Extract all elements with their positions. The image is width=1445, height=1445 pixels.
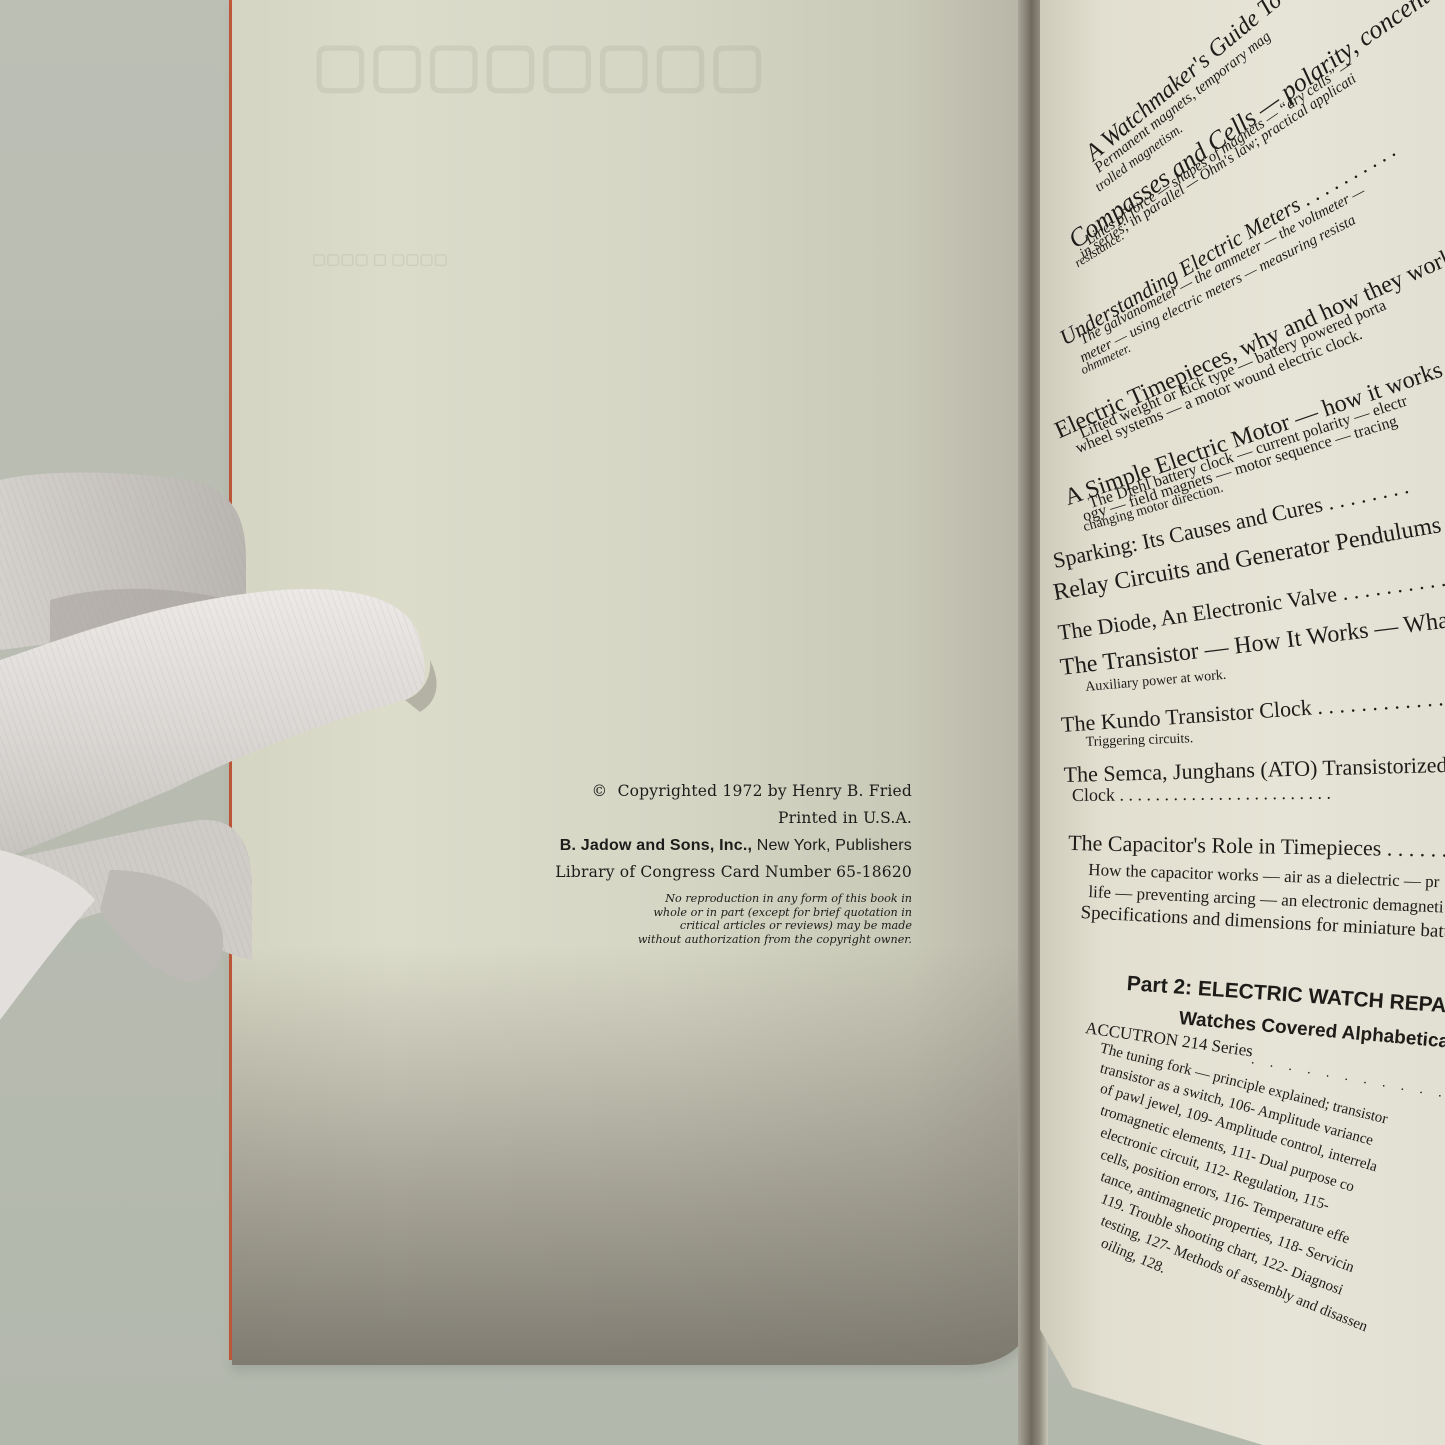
- show-through-text: ▢▢▢▢ ▢ ▢▢▢▢: [312, 250, 448, 268]
- notice-line: critical articles or reviews) may be mad…: [480, 919, 912, 933]
- notice-line: No reproduction in any form of this book…: [480, 892, 912, 906]
- library-of-congress-line: Library of Congress Card Number 65-18620: [480, 859, 912, 886]
- page-shadow: [232, 945, 1027, 1365]
- copyright-block: © Copyrighted 1972 by Henry B. Fried Pri…: [480, 778, 912, 946]
- notice-line: whole or in part (except for brief quota…: [480, 906, 912, 920]
- publisher-line: B. Jadow and Sons, Inc., New York, Publi…: [480, 832, 912, 859]
- toc-entry-title: The Capacitor's Role in Timepieces . . .…: [1068, 830, 1445, 863]
- copyright-line: © Copyrighted 1972 by Henry B. Fried: [480, 778, 912, 805]
- reproduction-notice: No reproduction in any form of this book…: [480, 892, 912, 946]
- copyright-symbol: ©: [592, 782, 608, 800]
- toc-entry-desc: Triggering circuits.: [1085, 731, 1193, 751]
- printed-in-line: Printed in U.S.A.: [480, 805, 912, 832]
- part2-heading: Part 2: ELECTRIC WATCH REPA: [1126, 972, 1445, 1018]
- toc-entry-title: Clock . . . . . . . . . . . . . . . . . …: [1072, 783, 1331, 806]
- notice-line: without authorization from the copyright…: [480, 933, 912, 947]
- publisher-location: New York, Publishers: [752, 837, 912, 854]
- publisher-name: B. Jadow and Sons, Inc.,: [560, 837, 752, 854]
- left-page: ▢▢▢▢▢▢▢▢ ▢▢▢▢ ▢ ▢▢▢▢: [232, 0, 1027, 1365]
- right-page-table-of-contents: A Watchmaker's Guide To Elec Permanent m…: [1040, 0, 1445, 1445]
- copyright-text: Copyrighted 1972 by Henry B. Fried: [618, 782, 912, 800]
- book-photo-scene: ▢▢▢▢▢▢▢▢ ▢▢▢▢ ▢ ▢▢▢▢ © Copyrighted 1972 …: [0, 0, 1445, 1445]
- show-through-text: ▢▢▢▢▢▢▢▢: [312, 30, 766, 100]
